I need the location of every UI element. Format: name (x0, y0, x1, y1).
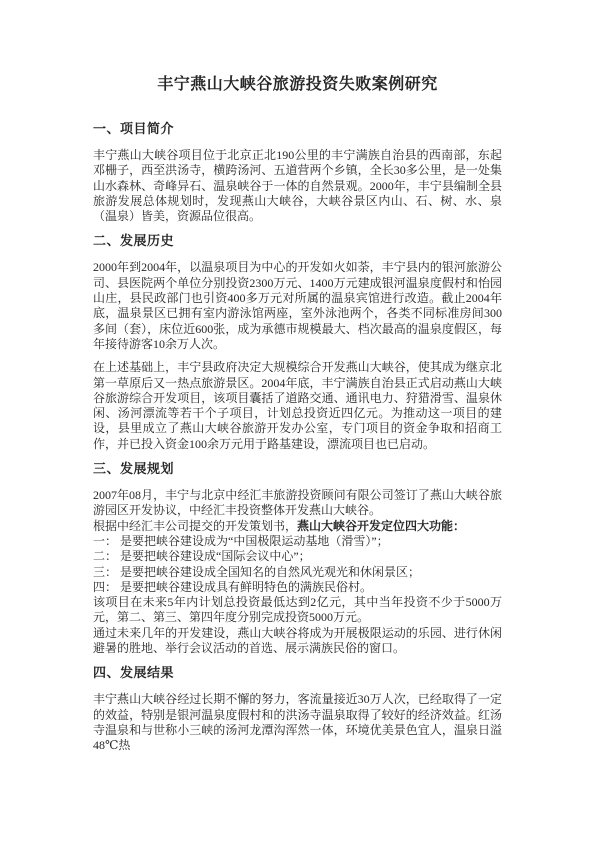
section-development-history: 二、发展历史 2000年到2004年，以温泉项目为中心的开发如火如荼，丰宁县内的… (93, 232, 502, 452)
section-1-paragraph-1: 丰宁燕山大峡谷项目位于北京正北190公里的丰宁满族自治县的西南部，东起邓栅子，西… (93, 148, 502, 224)
section-3-paragraph-1: 2007年08月，丰宁与北京中经汇丰旅游投资顾问有限公司签订了燕山大峡谷旅游园区… (93, 488, 502, 519)
section-4-heading: 四、发展结果 (93, 664, 502, 681)
section-2-heading: 二、发展历史 (93, 232, 502, 249)
lead-in-normal-text: 根据中经汇丰公司提交的开发策划书， (93, 519, 297, 533)
section-project-intro: 一、项目简介 丰宁燕山大峡谷项目位于北京正北190公里的丰宁满族自治县的西南部，… (93, 120, 502, 224)
section-2-paragraph-2: 在上述基础上，丰宁县政府决定大规模综合开发燕山大峡谷，使其成为继京北第一草原后又… (93, 360, 502, 452)
section-3-paragraph-2: 该项目在未来5年内计划总投资最低达到2亿元，其中当年投资不少于5000万元，第二… (93, 595, 502, 626)
section-3-paragraph-3: 通过未来几年的开发建设，燕山大峡谷将成为开展极限运动的乐园、进行休闲避暑的胜地、… (93, 626, 502, 657)
section-4-paragraph-1: 丰宁燕山大峡谷经过长期不懈的努力，客流量接近30万人次，已经取得了一定的效益，特… (93, 692, 502, 753)
function-item-2: 二： 是要把峡谷建设成“国际会议中心”； (93, 549, 502, 564)
function-item-1: 一： 是要把峡谷建设成为“中国极限运动基地（滑雪）”； (93, 534, 502, 549)
document-title: 丰宁燕山大峡谷旅游投资失败案例研究 (93, 74, 502, 96)
lead-in-bold-text: 燕山大峡谷开发定位四大功能： (297, 519, 465, 533)
function-item-3: 三： 是要把峡谷建设成全国知名的自然风光观光和休闲景区； (93, 565, 502, 580)
section-1-heading: 一、项目简介 (93, 120, 502, 137)
document-page: 丰宁燕山大峡谷旅游投资失败案例研究 一、项目简介 丰宁燕山大峡谷项目位于北京正北… (0, 0, 595, 842)
section-development-plan: 三、发展规划 2007年08月，丰宁与北京中经汇丰旅游投资顾问有限公司签订了燕山… (93, 460, 502, 656)
function-item-4: 四： 是要把峡谷建设成具有鲜明特色的满族民俗村。 (93, 580, 502, 595)
section-development-result: 四、发展结果 丰宁燕山大峡谷经过长期不懈的努力，客流量接近30万人次，已经取得了… (93, 664, 502, 753)
section-2-paragraph-1: 2000年到2004年，以温泉项目为中心的开发如火如荼，丰宁县内的银河旅游公司、… (93, 260, 502, 352)
section-3-heading: 三、发展规划 (93, 460, 502, 477)
section-3-lead-in-line: 根据中经汇丰公司提交的开发策划书，燕山大峡谷开发定位四大功能： (93, 519, 502, 534)
